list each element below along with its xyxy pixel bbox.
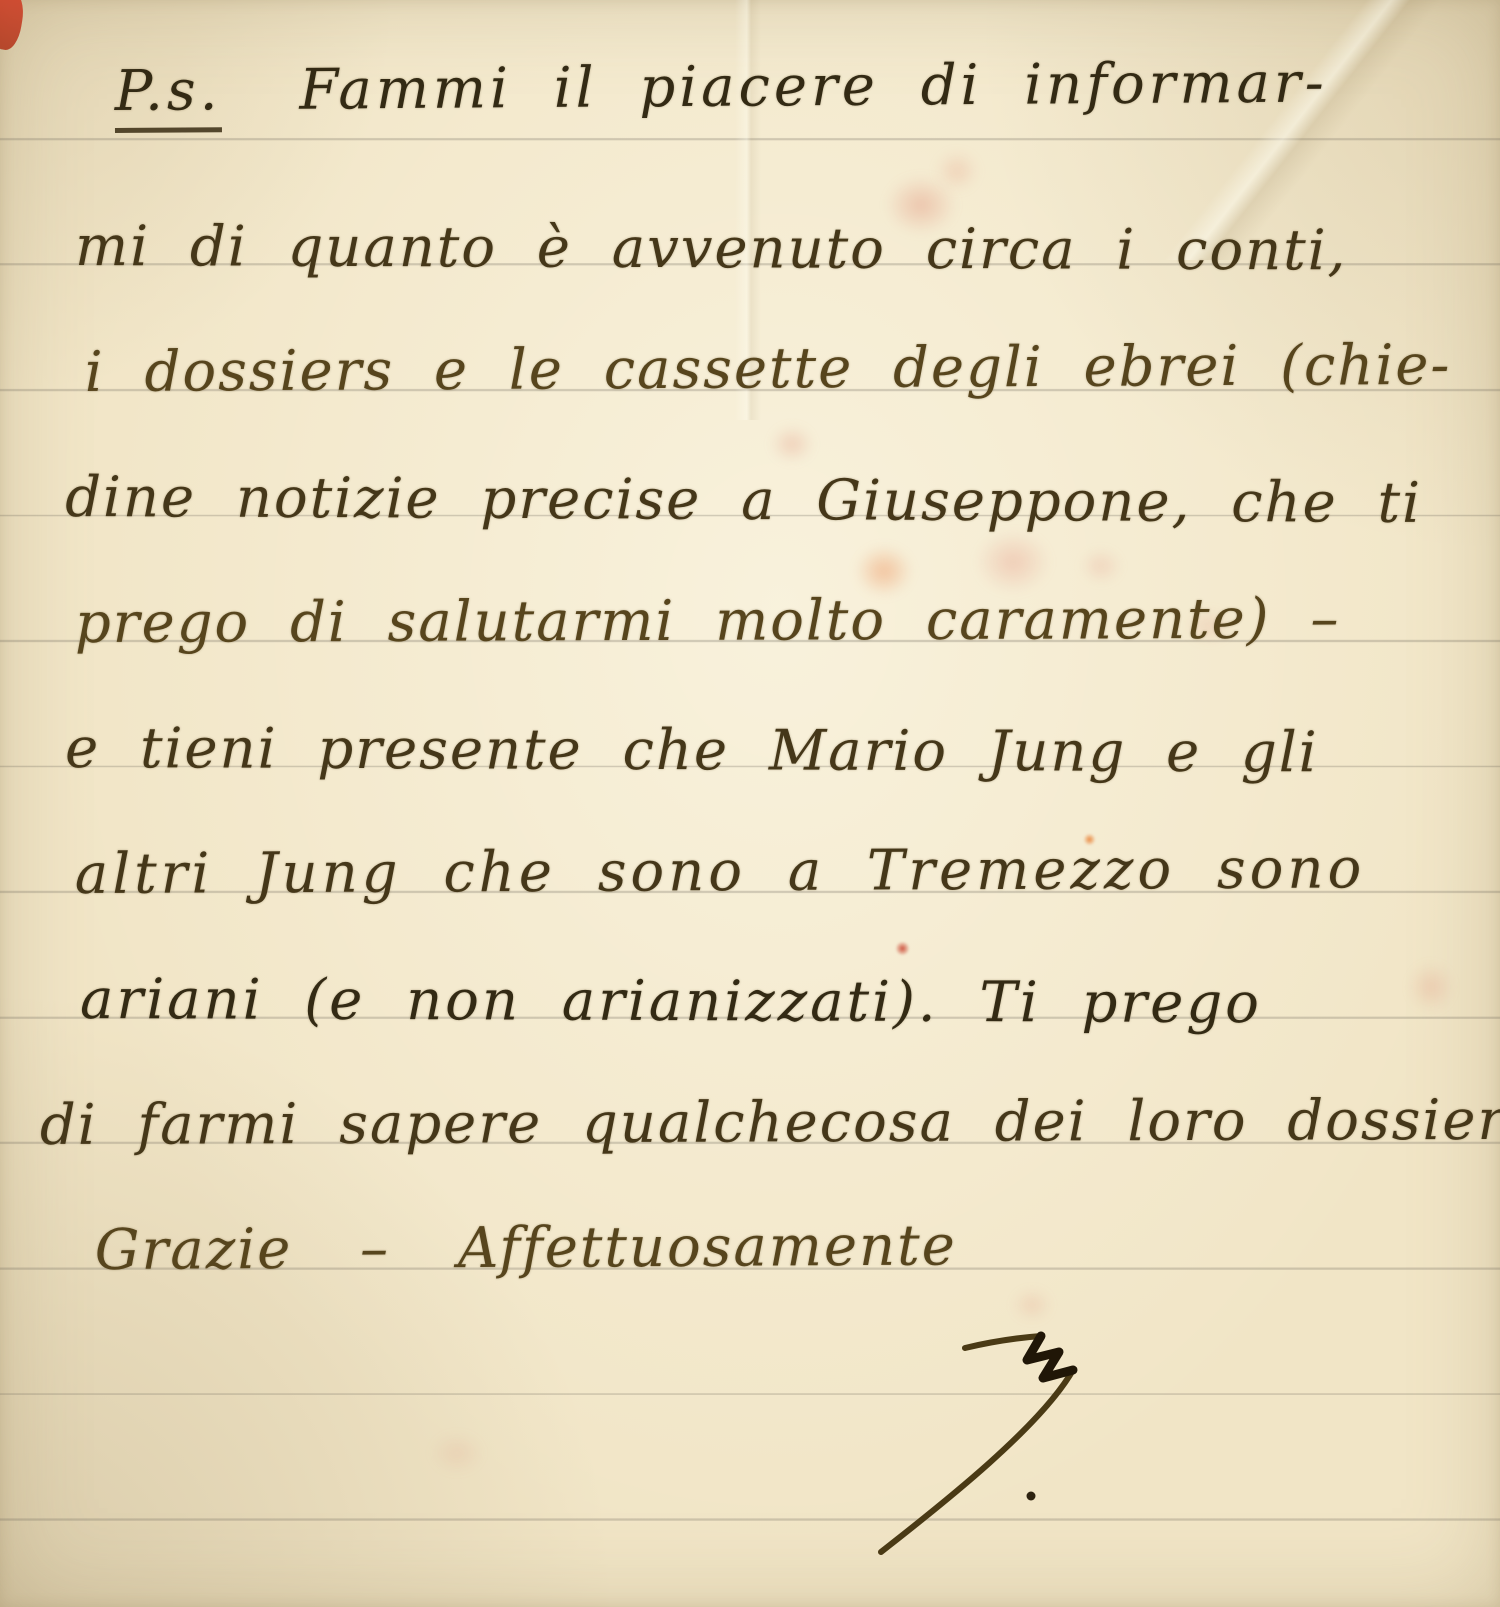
paper-stain — [1080, 548, 1122, 584]
line-text: Fammi il piacere di informar- — [299, 51, 1328, 123]
paper-stain — [896, 942, 909, 955]
handwriting-line-4: dine notizie precise a Giuseppone, che t… — [65, 466, 1422, 536]
ps-label: P.s. — [114, 59, 221, 133]
handwriting-line-6: e tieni presente che Mario Jung e gli — [65, 717, 1319, 786]
paper-stain — [935, 150, 979, 192]
handwriting-line-9: di farmi sapere qualchecosa dei loro dos… — [40, 1089, 1500, 1159]
letter-paper: P.s.Fammi il piacere di informar- mi di … — [0, 0, 1500, 1607]
paper-stain — [1408, 962, 1454, 1012]
red-edge-mark — [0, 0, 26, 52]
paper-stain — [975, 530, 1051, 594]
handwriting-line-3: i dossiers e le cassette degli ebrei (ch… — [85, 334, 1452, 406]
handwriting-line-1: P.s.Fammi il piacere di informar- — [114, 52, 1327, 134]
signature-flourish-icon — [845, 1300, 1105, 1570]
paper-stain — [770, 425, 814, 463]
handwriting-line-2: mi di quanto è avvenuto circa i conti, — [75, 215, 1348, 284]
paper-stain — [430, 1432, 484, 1474]
handwriting-line-7: altri Jung che sono a Tremezzo sono — [75, 837, 1366, 907]
handwriting-line-10: Grazie – Affettuosamente — [95, 1214, 957, 1283]
signature-monogram-M: M. — [845, 1300, 1105, 1570]
handwriting-line-8: ariani (e non arianizzati). Ti prego — [80, 968, 1262, 1037]
handwriting-line-5: prego di salutarmi molto caramente) – — [75, 588, 1341, 657]
